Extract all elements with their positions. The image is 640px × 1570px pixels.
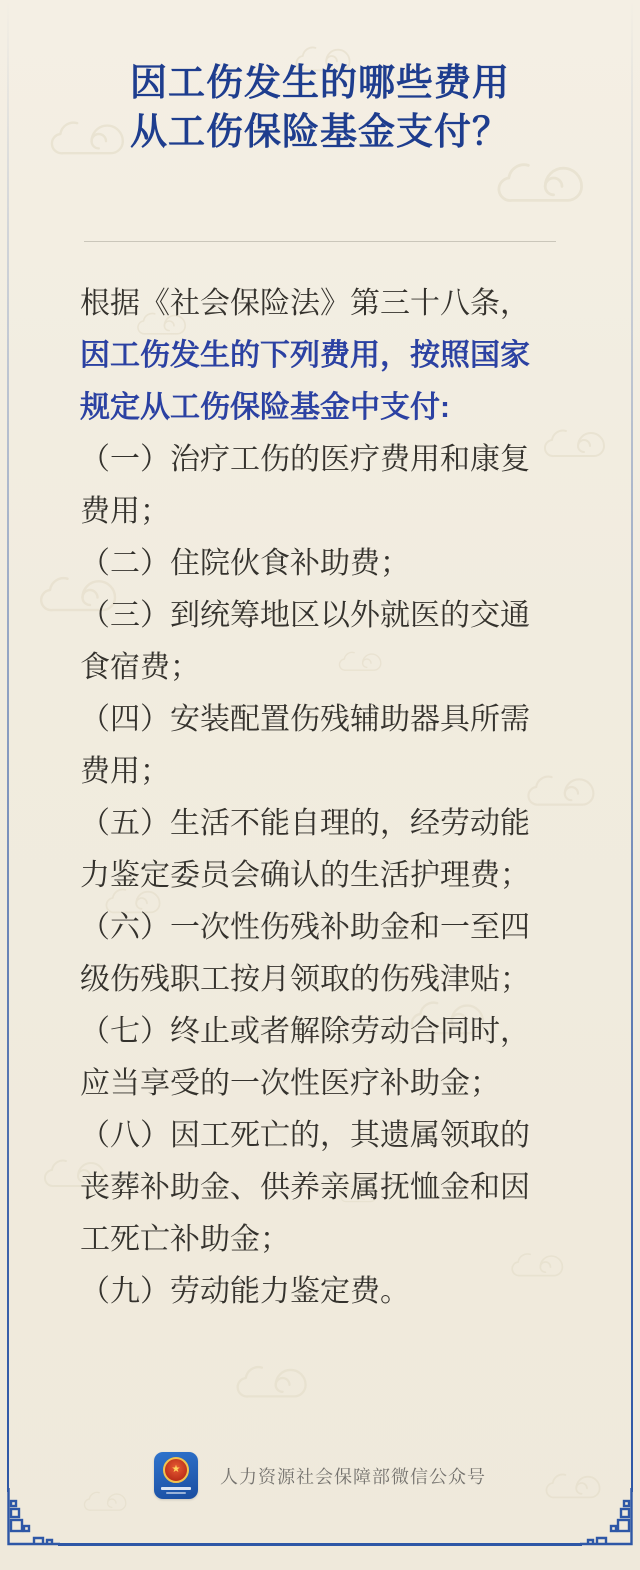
national-emblem-icon: ★ xyxy=(163,1457,189,1483)
frame-bottom-border xyxy=(58,1543,582,1546)
star-icon: ★ xyxy=(172,1465,181,1475)
poster-title: 因工伤发生的哪些费用 从工伤保险基金支付？ xyxy=(0,58,640,156)
mohrss-logo: ★ xyxy=(154,1452,198,1499)
logo-text-bar xyxy=(161,1487,191,1490)
logo-text-bar xyxy=(166,1492,186,1494)
content-body: 根据《社会保险法》第三十八条， 因工伤发生的下列费用，按照国家规定从工伤保险基金… xyxy=(80,278,546,1318)
list-item-3: （三）到统筹地区以外就医的交通食宿费； xyxy=(80,590,546,694)
list-item-1: （一）治疗工伤的医疗费用和康复费用； xyxy=(80,434,546,538)
title-line-2: 从工伤保险基金支付？ xyxy=(0,107,640,156)
intro-text: 根据《社会保险法》第三十八条， xyxy=(80,278,546,330)
divider-line xyxy=(84,241,556,242)
list-item-5: （五）生活不能自理的，经劳动能力鉴定委员会确认的生活护理费； xyxy=(80,798,546,902)
list-item-6: （六）一次性伤残补助金和一至四级伤残职工按月领取的伤残津贴； xyxy=(80,902,546,1006)
list-item-2: （二）住院伙食补助费； xyxy=(80,538,546,590)
title-line-1: 因工伤发生的哪些费用 xyxy=(0,58,640,107)
list-item-4: （四）安装配置伤残辅助器具所需费用； xyxy=(80,694,546,798)
footer: ★ 人力资源社会保障部微信公众号 xyxy=(0,1452,640,1499)
footer-source-label: 人力资源社会保障部微信公众号 xyxy=(220,1463,486,1489)
frame-right-border xyxy=(631,0,633,1492)
intro-paragraph: 根据《社会保险法》第三十八条， 因工伤发生的下列费用，按照国家规定从工伤保险基金… xyxy=(80,278,546,434)
intro-highlight-text: 因工伤发生的下列费用，按照国家规定从工伤保险基金中支付: xyxy=(80,330,546,434)
list-item-8: （八）因工死亡的，其遗属领取的丧葬补助金、供养亲属抚恤金和因工死亡补助金； xyxy=(80,1110,546,1266)
list-item-9: （九）劳动能力鉴定费。 xyxy=(80,1266,546,1318)
list-item-7: （七）终止或者解除劳动合同时，应当享受的一次性医疗补助金； xyxy=(80,1006,546,1110)
poster: 因工伤发生的哪些费用 从工伤保险基金支付？ 根据《社会保险法》第三十八条， 因工… xyxy=(0,0,640,1570)
frame-left-border xyxy=(7,0,9,1492)
